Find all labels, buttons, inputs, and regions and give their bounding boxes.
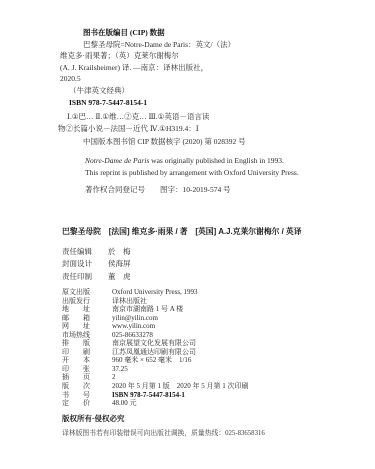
cip-entry-line: 2020.5 bbox=[60, 73, 340, 85]
cip-series-line: （牛津英文经典） bbox=[60, 85, 340, 97]
publication-row: 开 本960 毫米 × 652 毫米 1/16 bbox=[62, 356, 352, 365]
publication-row: 网 址www.yilin.com bbox=[62, 322, 352, 331]
publication-label: 书 号 bbox=[62, 391, 91, 400]
publication-label: 地 址 bbox=[62, 305, 91, 314]
publication-info-block: 原文出版Oxford University Press, 1993 出版发行译林… bbox=[62, 288, 352, 408]
publication-row: 原文出版Oxford University Press, 1993 bbox=[62, 288, 352, 297]
publication-value: 译林出版社 bbox=[112, 297, 147, 305]
publication-label: 原文出版 bbox=[62, 288, 91, 297]
publication-label: 邮 箱 bbox=[62, 314, 91, 323]
classification-line: 物②长篇小说－法国－近代 Ⅳ.①H319.4：Ⅰ bbox=[58, 123, 338, 135]
publication-row: 排 版南京展望文化发展有限公司 bbox=[62, 339, 352, 348]
publication-label: 版 次 bbox=[62, 382, 91, 391]
publication-row: 邮 箱yilin@yilin.com bbox=[62, 314, 352, 323]
publication-row: 印 刷江苏凤凰通达印刷有限公司 bbox=[62, 348, 352, 357]
publication-label: 网 址 bbox=[62, 322, 91, 331]
credit-label: 封面设计 bbox=[62, 258, 93, 270]
publication-value: 江苏凤凰通达印刷有限公司 bbox=[112, 348, 196, 356]
publication-label: 出版发行 bbox=[62, 297, 91, 306]
cip-classification-block: Ⅰ.①巴… Ⅱ.①维…②克… Ⅲ.①英语－语言读 物②长篇小说－法国－近代 Ⅳ.… bbox=[58, 111, 338, 135]
english-notice-line1-rest: was originally published in English in 1… bbox=[149, 156, 284, 165]
license-registration-line: 著作权合同登记号 图字：10-2019-574 号 bbox=[85, 184, 365, 195]
book-title-italic: Notre-Dame de Paris bbox=[85, 156, 149, 165]
credit-row: 封面设计侯海屏 bbox=[62, 258, 282, 270]
credits-block: 责任编辑於 梅 封面设计侯海屏 责任印制董 虎 bbox=[62, 246, 282, 283]
publication-value: www.yilin.com bbox=[112, 322, 155, 330]
publication-label: 市场热线 bbox=[62, 331, 91, 340]
book-title-line: 巴黎圣母院 [法国] 维克多·雨果 / 著 [英国] A.J.克莱尔谢梅尔 / … bbox=[62, 226, 362, 237]
classification-line: Ⅰ.①巴… Ⅱ.①维…②克… Ⅲ.①英语－语言读 bbox=[58, 111, 338, 123]
credit-label: 责任编辑 bbox=[62, 246, 93, 258]
cip-entry-line: (A. J. Krailsheimer) 译. —南京：译林出版社， bbox=[60, 62, 340, 74]
publication-value: 南京展望文化发展有限公司 bbox=[112, 339, 196, 347]
publication-row: 印 张37.25 bbox=[62, 365, 352, 374]
publication-label: 开 本 bbox=[62, 356, 91, 365]
publication-value: 960 毫米 × 652 毫米 1/16 bbox=[112, 356, 191, 364]
credit-value: 侯海屏 bbox=[108, 259, 131, 268]
publication-value: 37.25 bbox=[112, 365, 128, 373]
english-notice-line2: This reprint is published by arrangement… bbox=[85, 167, 365, 179]
publication-label: 排 版 bbox=[62, 339, 91, 348]
quality-hotline-line: 译林版图书若有印装错误可向出版社调换，质量热线：025-83658316 bbox=[62, 427, 265, 437]
publication-row: 出版发行译林出版社 bbox=[62, 297, 352, 306]
publication-value: Oxford University Press, 1993 bbox=[112, 288, 198, 296]
publication-label: 定 价 bbox=[62, 399, 91, 408]
publication-value: 2020 年 5 月第 1 版 2020 年 5 月第 1 次印刷 bbox=[112, 382, 249, 390]
cip-registry-line: 中国版本图书馆 CIP 数据核字 (2020) 第 028392 号 bbox=[83, 136, 363, 147]
credit-label: 责任印制 bbox=[62, 271, 93, 283]
publication-row: 定 价48.00 元 bbox=[62, 399, 352, 408]
credit-row: 责任印制董 虎 bbox=[62, 271, 282, 283]
publication-isbn-value: ISBN 978-7-5447-8154-1 bbox=[112, 391, 185, 399]
cip-entry-line: 维克多·雨果著；（英）克莱尔谢梅尔 bbox=[60, 50, 340, 62]
cip-isbn-line: ISBN 978-7-5447-8154-1 bbox=[60, 97, 340, 109]
publication-value: 南京市湖南路 1 号 A 楼 bbox=[112, 305, 183, 313]
publication-value: yilin@yilin.com bbox=[112, 314, 158, 322]
publication-row: 版 次2020 年 5 月第 1 版 2020 年 5 月第 1 次印刷 bbox=[62, 382, 352, 391]
credit-value: 董 虎 bbox=[108, 272, 131, 281]
english-copyright-notice: Notre-Dame de Paris was originally publi… bbox=[85, 155, 365, 179]
publication-row: 市场热线025-86633278 bbox=[62, 331, 352, 340]
cip-block: 图书在版编目 (CIP) 数据 巴黎圣母院=Notre-Dame de Pari… bbox=[60, 27, 340, 108]
publication-row: 书 号ISBN 978-7-5447-8154-1 bbox=[62, 391, 352, 400]
english-notice-line1: Notre-Dame de Paris was originally publi… bbox=[85, 155, 365, 167]
credit-value: 於 梅 bbox=[108, 247, 131, 256]
publication-value: 025-86633278 bbox=[112, 331, 153, 339]
cip-heading: 图书在版编目 (CIP) 数据 bbox=[60, 27, 340, 39]
publication-row: 地 址南京市湖南路 1 号 A 楼 bbox=[62, 305, 352, 314]
copyright-rights-line: 版权所有·侵权必究 bbox=[62, 413, 125, 424]
publication-value: 2 bbox=[112, 373, 116, 381]
credit-row: 责任编辑於 梅 bbox=[62, 246, 282, 258]
publication-row: 插 页2 bbox=[62, 373, 352, 382]
publication-value: 48.00 元 bbox=[112, 399, 137, 407]
cip-entry-line: 巴黎圣母院=Notre-Dame de Paris：英文/（法） bbox=[60, 39, 340, 51]
publication-label: 插 页 bbox=[62, 373, 91, 382]
